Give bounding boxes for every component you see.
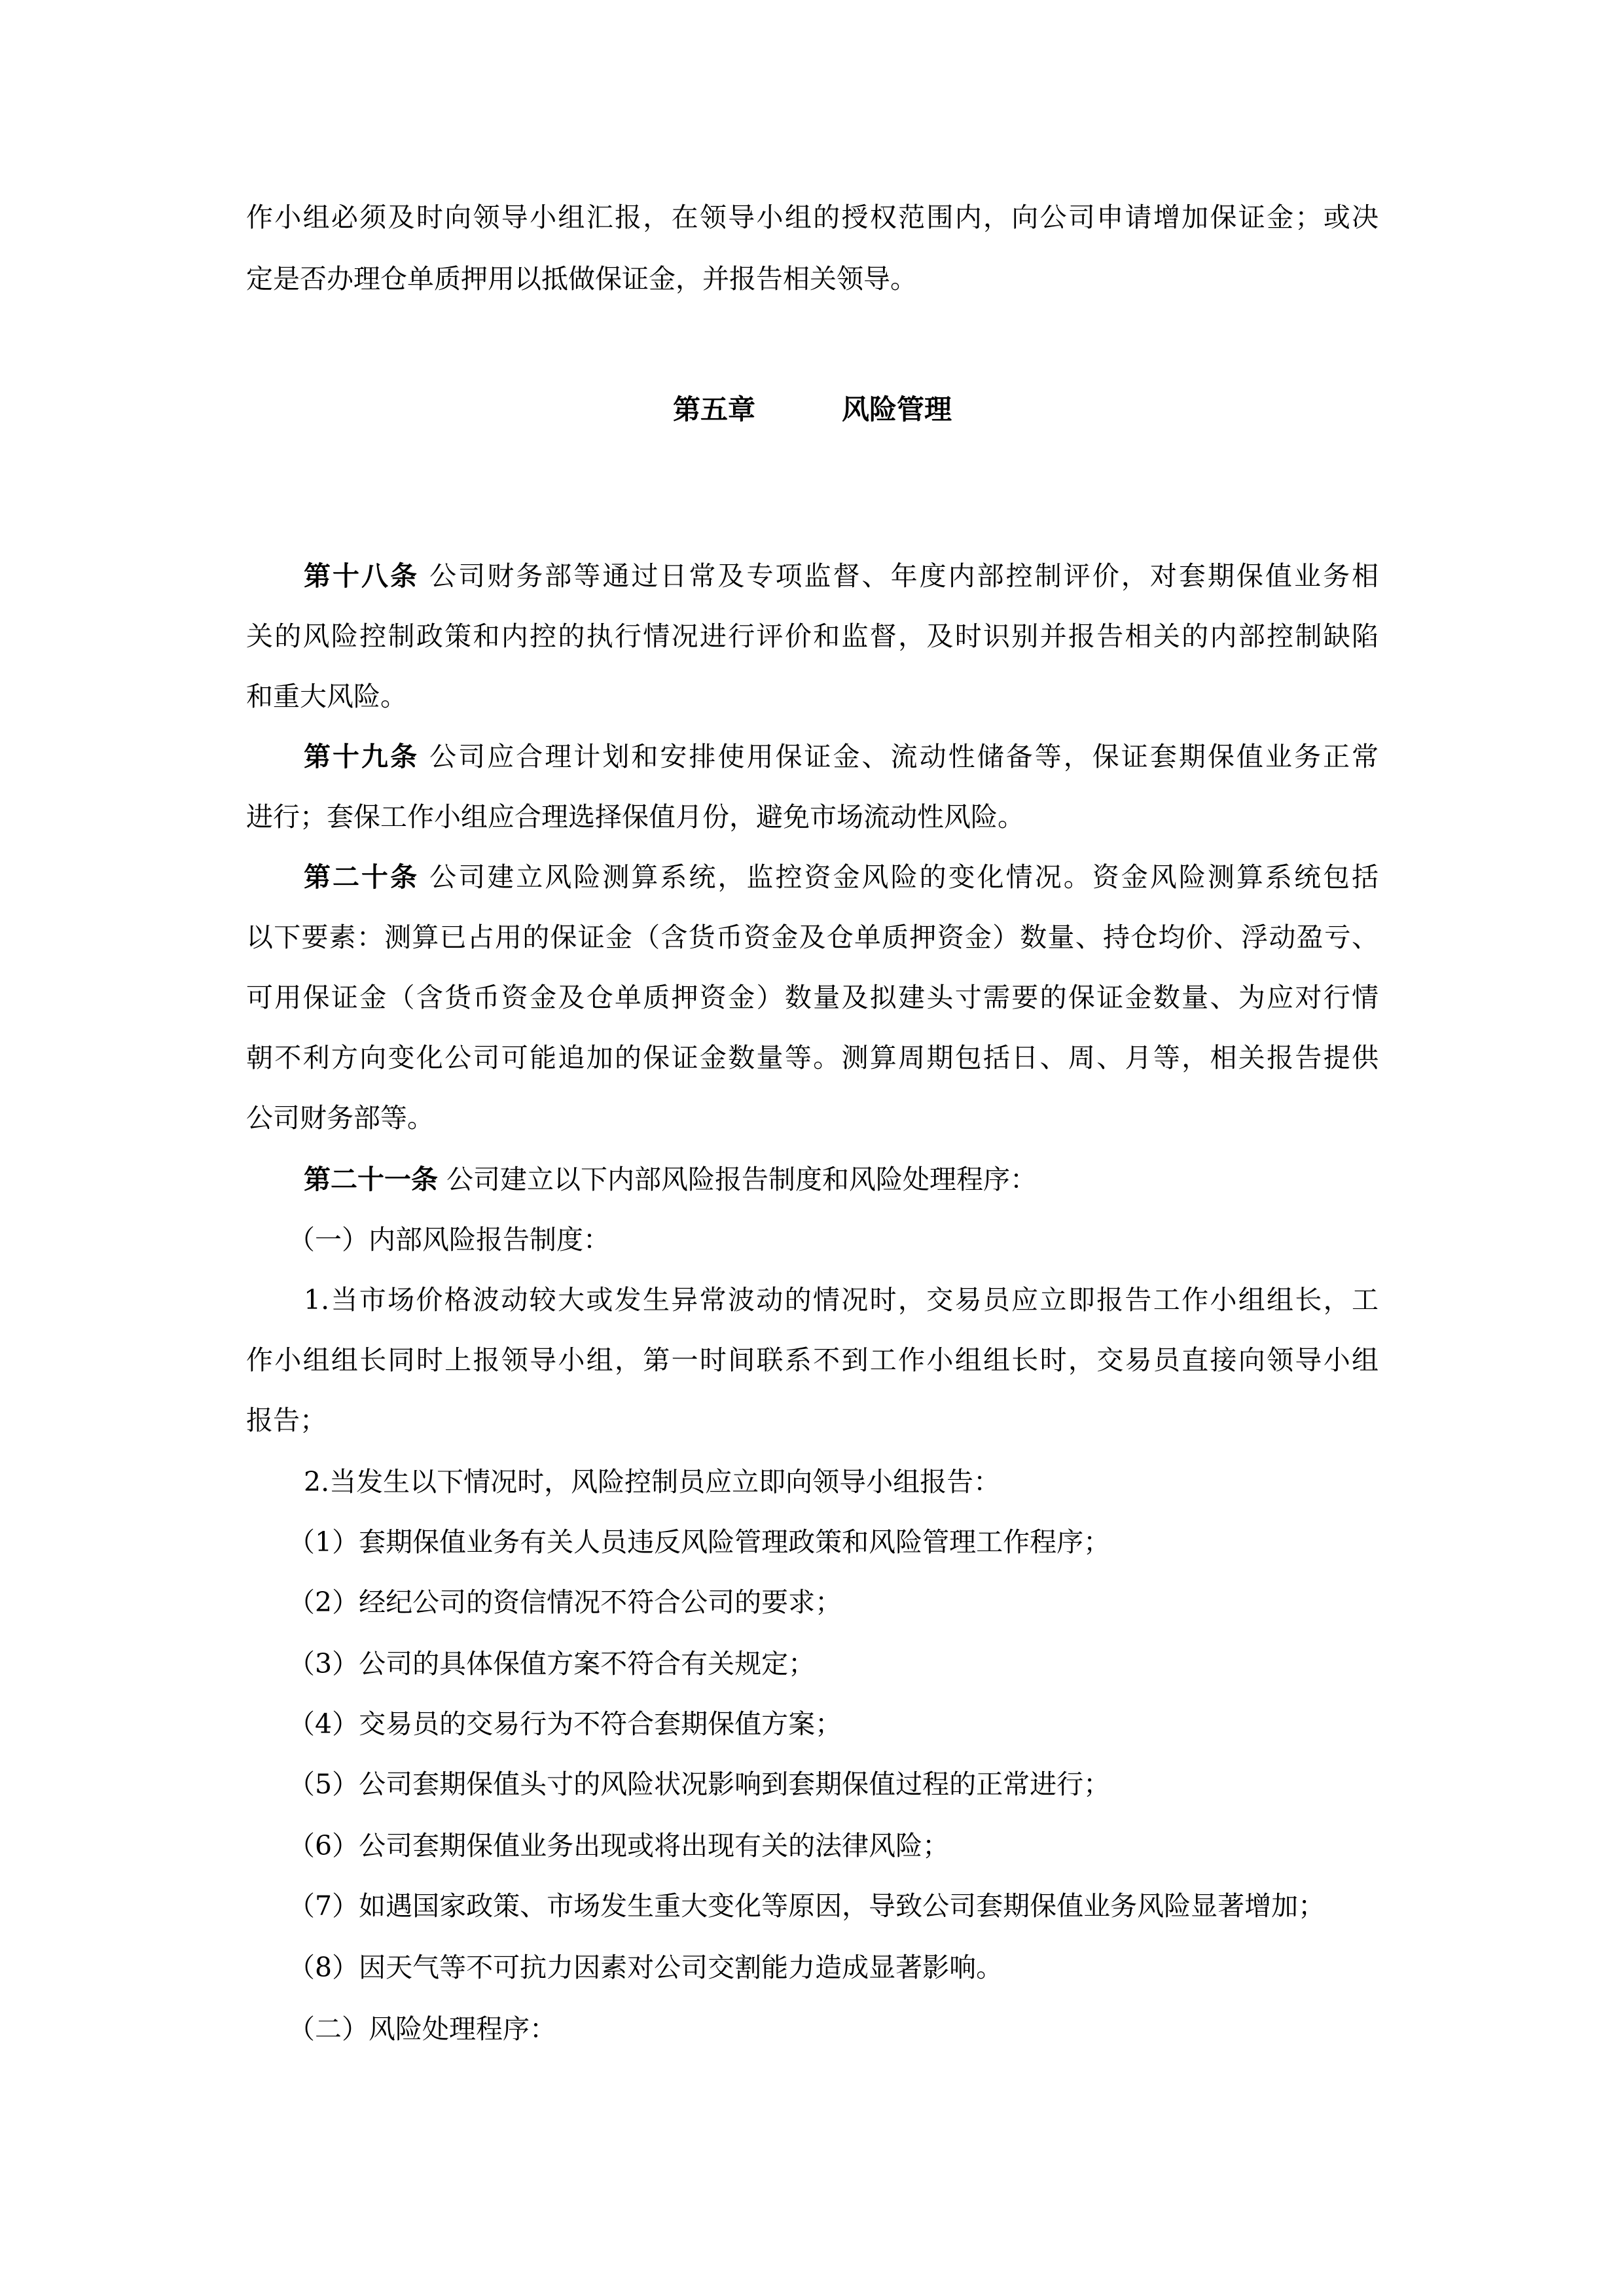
sub-list-item: （2）经纪公司的资信情况不符合公司的要求； [288, 1583, 842, 1622]
article-19-line: 第十九条 公司应合理计划和安排使用保证金、流动性储备等，保证套期保值业务正常 [304, 737, 1379, 776]
sub-list-item: （3）公司的具体保值方案不符合有关规定； [288, 1644, 815, 1683]
article-text: 公司建立以下内部风险报告制度和风险处理程序： [446, 1164, 1037, 1195]
list-item-line: 1.当市场价格波动较大或发生异常波动的情况时，交易员应立即报告工作小组组长，工 [304, 1280, 1379, 1319]
paragraph-line: 和重大风险。 [246, 677, 407, 716]
chapter-number: 第五章 [673, 393, 755, 425]
paragraph-line: 关的风险控制政策和内控的执行情况进行评价和监督，及时识别并报告相关的内部控制缺陷 [246, 617, 1379, 656]
paragraph-line: 定是否办理仓单质押用以抵做保证金，并报告相关领导。 [246, 259, 917, 298]
paragraph-line: 可用保证金（含货币资金及仓单质押资金）数量及拟建头寸需要的保证金数量、为应对行情 [246, 978, 1379, 1017]
paragraph-line: 以下要素：测算已占用的保证金（含货币资金及仓单质押资金）数量、持仓均价、浮动盈亏… [246, 918, 1379, 957]
article-label: 第二十条 [304, 861, 419, 893]
section-heading: （二）风险处理程序： [288, 2009, 556, 2049]
article-label: 第十九条 [304, 741, 419, 772]
sub-list-item: （4）交易员的交易行为不符合套期保值方案； [288, 1704, 842, 1744]
section-heading: （一）内部风险报告制度： [288, 1220, 610, 1259]
paragraph-line: 报告； [246, 1401, 327, 1440]
chapter-title: 风险管理 [842, 393, 952, 425]
article-text: 公司应合理计划和安排使用保证金、流动性储备等，保证套期保值业务正常 [429, 741, 1379, 772]
sub-list-item: （8）因天气等不可抗力因素对公司交割能力造成显著影响。 [288, 1948, 1003, 1987]
paragraph-line: 作小组必须及时向领导小组汇报，在领导小组的授权范围内，向公司申请增加保证金；或决 [246, 198, 1379, 237]
paragraph-line: 公司财务部等。 [246, 1098, 434, 1138]
article-20-line: 第二十条 公司建立风险测算系统，监控资金风险的变化情况。资金风险测算系统包括 [304, 857, 1379, 897]
article-label: 第十八条 [304, 560, 419, 592]
sub-list-item: （1）套期保值业务有关人员违反风险管理政策和风险管理工作程序； [288, 1522, 1110, 1562]
sub-list-item: （7）如遇国家政策、市场发生重大变化等原因，导致公司套期保值业务风险显著增加； [288, 1886, 1325, 1926]
paragraph-line: 进行；套保工作小组应合理选择保值月份，避免市场流动性风险。 [246, 797, 1024, 836]
article-18-line: 第十八条 公司财务部等通过日常及专项监督、年度内部控制评价，对套期保值业务相 [304, 556, 1379, 596]
chapter-heading: 第五章风险管理 [246, 390, 1379, 429]
sub-list-item: （5）公司套期保值头寸的风险状况影响到套期保值过程的正常进行； [288, 1765, 1110, 1804]
article-label: 第二十一条 [304, 1164, 438, 1195]
article-text: 公司建立风险测算系统，监控资金风险的变化情况。资金风险测算系统包括 [429, 861, 1379, 893]
paragraph-line: 作小组组长同时上报领导小组，第一时间联系不到工作小组组长时，交易员直接向领导小组 [246, 1340, 1379, 1380]
list-item-line: 2.当发生以下情况时，风险控制员应立即向领导小组报告： [304, 1462, 1000, 1501]
sub-list-item: （6）公司套期保值业务出现或将出现有关的法律风险； [288, 1826, 949, 1865]
article-21-line: 第二十一条 公司建立以下内部风险报告制度和风险处理程序： [304, 1160, 1037, 1199]
article-text: 公司财务部等通过日常及专项监督、年度内部控制评价，对套期保值业务相 [429, 560, 1379, 592]
paragraph-line: 朝不利方向变化公司可能追加的保证金数量等。测算周期包括日、周、月等，相关报告提供 [246, 1038, 1379, 1077]
